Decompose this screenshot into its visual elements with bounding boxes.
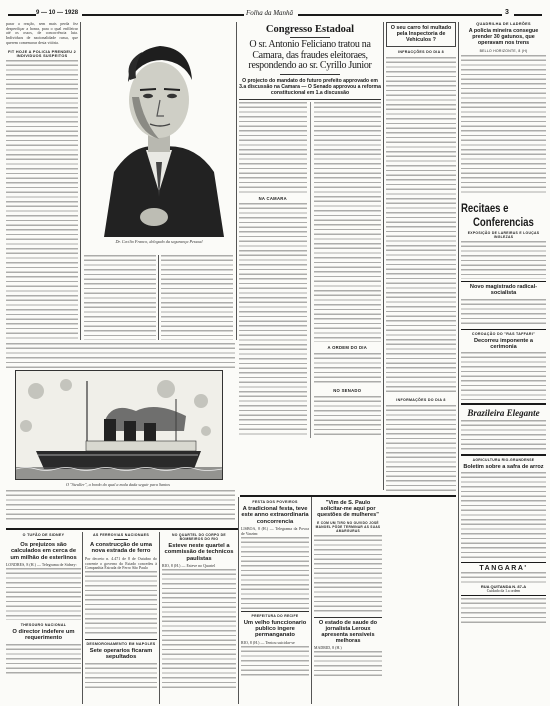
railway-headline: A construcção de uma nova estrada de fer… <box>85 542 157 555</box>
portrait-image <box>84 22 234 237</box>
ad-title: TANGARA' <box>461 565 546 572</box>
vehicle-fines-headline: O seu carro foi multado pela Inspectoria… <box>386 22 456 47</box>
info-day-subhead: INFORMAÇÕES DO DIA 8 <box>386 398 456 402</box>
main-headline: O sr. Antonio Feliciano tratou na Camara… <box>239 40 381 72</box>
bottom-story-4: FESTA DOS POVEIROS A tradicional festa, … <box>241 500 309 704</box>
firemen-headline: Esteve neste quartel a commissão de tech… <box>162 543 236 562</box>
coronation-kicker: COROAÇÃO DO "RAS TAFFARI" <box>461 332 546 336</box>
left-body-lines <box>6 60 78 342</box>
naples-headline: Sete operarios ficaram sepultados <box>85 648 157 661</box>
thesouro-headline: O director indefere um requerimento <box>6 629 81 642</box>
under-ship-text <box>6 490 235 522</box>
left-top-text: parar a reação, sem mais perda fez despe… <box>6 22 78 48</box>
masthead: Folha da Manhã <box>246 9 293 17</box>
page-number: 3 <box>505 9 509 16</box>
main-body-col-1 <box>239 102 307 194</box>
ship-caption: O "Steuller", a bordo do qual a mala dad… <box>15 482 221 487</box>
portrait-block: Dr. Cecilio Franco, delegado da seguranç… <box>84 22 234 252</box>
ship-photo-block: O "Steuller", a bordo do qual a mala dad… <box>15 370 237 488</box>
agri-headline: Boletim sobre a safra de arroz <box>461 464 546 470</box>
bottom-story-1: O TUFÃO DE SIDNEY Os prejuizos são calcu… <box>6 533 81 703</box>
main-subhead: O projecto do mandato do futuro prefeito… <box>239 78 381 97</box>
page-header: 9 — 10 — 1928 Folha da Manhã 3 <box>0 0 550 22</box>
right-column: QUADRILHA DE LADRÕES A policia mineira c… <box>461 22 546 706</box>
main-body-col-2 <box>314 102 382 342</box>
above-ship-text <box>6 343 235 368</box>
main-subsection-ordem: A ORDEM DO DIA <box>314 345 382 350</box>
coronation-headline: Decorreu imponente a cerimonia <box>461 338 546 350</box>
left-section-head: FIT HOJE A POLICIA PRENDEU 2 INDIVIDUOS … <box>6 50 78 58</box>
bottom-story-2: AS FERROVIAS NACIONAES A construcção de … <box>85 533 157 703</box>
portrait-caption: Dr. Cecilio Franco, delegado da seguranç… <box>84 239 234 244</box>
lectures-kicker: EXPOSIÇÃO DE LAREIRAS E LOUÇAS INGLEZAS <box>461 231 546 239</box>
lectures-title: Recitaes e Conferencias <box>461 201 546 229</box>
recife-headline: Um velho funccionario publico ingere per… <box>241 620 309 639</box>
typhoon-headline: Os prejuizos são calculados em cerca de … <box>6 542 81 561</box>
left-column: parar a reação, sem mais perda fez despe… <box>6 22 78 342</box>
magistrate-headline: Novo magistrado radical-socialista <box>461 284 546 296</box>
header-date: 9 — 10 — 1928 <box>36 10 78 16</box>
thieves-headline: A policia mineira consegue prender 30 ga… <box>461 28 546 47</box>
vehicle-fines-column: O seu carro foi multado pela Inspectoria… <box>386 22 456 490</box>
elegante-title: Brazileira Elegante <box>461 408 546 418</box>
agri-kicker: AGRICULTURA RIO-GRANDENSE <box>461 458 546 462</box>
under-portrait-col-1 <box>84 255 156 340</box>
thieves-dateline: BELLO HORIZONTE, 8 (H) <box>461 49 546 53</box>
main-story: Congresso Estadoal O sr. Antonio Felicia… <box>239 22 381 490</box>
bottom-story-5: "Vim de S. Paulo solicitar-me aqui por q… <box>314 500 382 704</box>
main-section-title: Congresso Estadoal <box>239 24 381 35</box>
thieves-kicker: QUADRILHA DE LADRÕES <box>461 22 546 26</box>
ship-image <box>15 370 223 480</box>
tangara-ad: TANGARA' RUA QUITANDA N. 87-A Cuidado da… <box>461 565 546 593</box>
vehicle-fines-subhead: INFRACÇÕES DO DIA 8 <box>386 50 456 54</box>
main-subsection-senado: NO SENADO <box>314 388 382 393</box>
suicide-headline: "Vim de S. Paulo solicitar-me aqui por q… <box>314 500 382 519</box>
under-portrait-col-2 <box>161 255 233 340</box>
poveiros-headline: A tradicional festa, teve este anno extr… <box>241 506 309 525</box>
main-subsection-camara: NA CAMARA <box>239 196 307 201</box>
leroux-headline: O estado de saude do jornalista Leroux a… <box>314 620 382 645</box>
bottom-story-3: NO QUARTEL DO CORPO DE BOMBEIROS DO RIO … <box>162 533 236 703</box>
ad-sub: Cuidado da 1.a ordem <box>461 589 546 593</box>
